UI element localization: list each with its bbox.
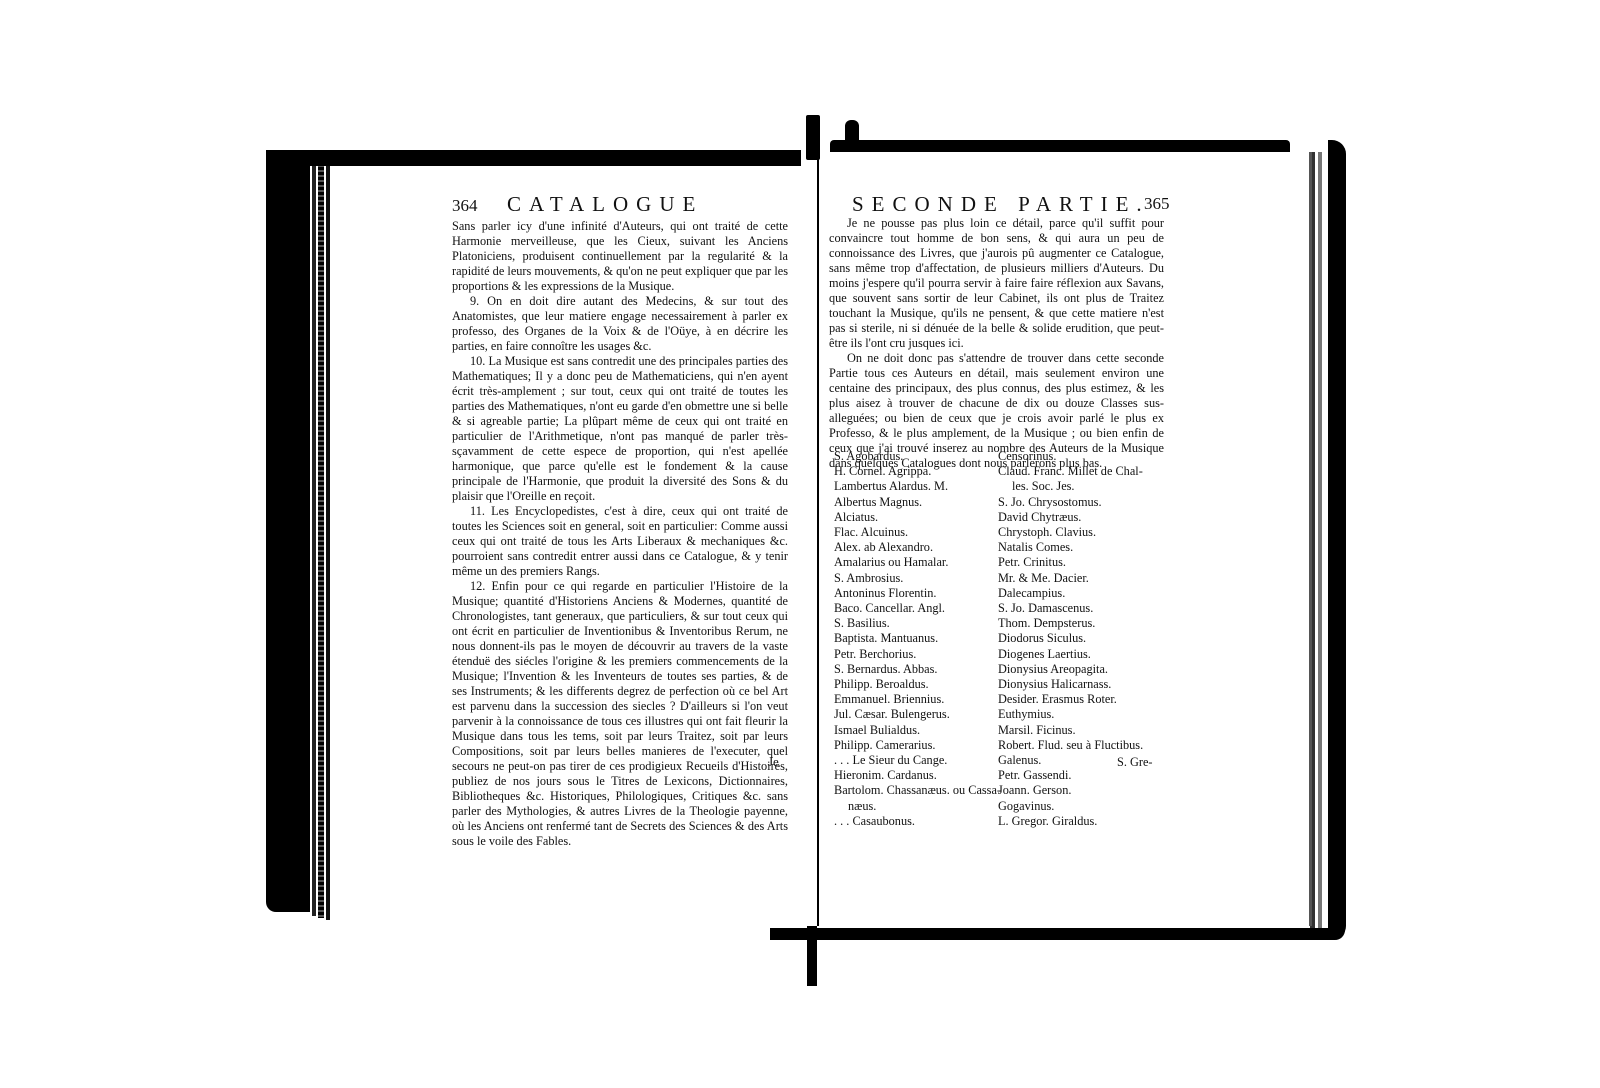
- author-entry: Petr. Berchorius.: [834, 647, 1001, 662]
- author-entry: Joann. Gerson.: [998, 783, 1143, 798]
- author-entry: S. Ambrosius.: [834, 571, 1001, 586]
- author-entry: Amalarius ou Hamalar.: [834, 555, 1001, 570]
- author-entry: Censorinus.: [998, 449, 1143, 464]
- left-top-border: [266, 150, 801, 166]
- author-list-column-2: Censorinus. Claud. Franc. Millet de Chal…: [998, 449, 1143, 829]
- author-entry: Emmanuel. Briennius.: [834, 692, 1001, 707]
- author-entry: Lambertus Alardus. M.: [834, 479, 1001, 494]
- author-entry: S. Basilius.: [834, 616, 1001, 631]
- paragraph: 9. On en doit dire autant des Medecins, …: [452, 294, 788, 354]
- spine-bottom: [807, 926, 817, 986]
- paragraph: Je ne pousse pas plus loin ce détail, pa…: [829, 216, 1164, 351]
- author-entry-continuation: næus.: [834, 799, 1001, 814]
- author-entry: Baco. Cancellar. Angl.: [834, 601, 1001, 616]
- author-entry: S. Jo. Damascenus.: [998, 601, 1143, 616]
- author-entry: Dionysius Halicarnass.: [998, 677, 1143, 692]
- author-entry: Jul. Cæsar. Bulengerus.: [834, 707, 1001, 722]
- catchword-left: Je: [768, 754, 779, 770]
- paragraph: 10. La Musique est sans contredit une de…: [452, 354, 788, 504]
- paragraph: Sans parler icy d'une infinité d'Auteurs…: [452, 219, 788, 294]
- left-book-cover: [266, 150, 310, 912]
- author-entry: . . . Le Sieur du Cange.: [834, 753, 1001, 768]
- author-entry: Gogavinus.: [998, 799, 1143, 814]
- left-page-body: Sans parler icy d'une infinité d'Auteurs…: [452, 219, 788, 849]
- author-entry: S. Bernardus. Abbas.: [834, 662, 1001, 677]
- author-entry: Claud. Franc. Millet de Chal-: [998, 464, 1143, 479]
- author-list-column-1: S. Agobardus. H. Cornel. Agrippa. Lamber…: [834, 449, 1001, 829]
- right-page: SECONDE PARTIE. 365 Je ne pousse pas plu…: [822, 152, 1312, 926]
- author-entry: Albertus Magnus.: [834, 495, 1001, 510]
- left-page-edges: [312, 152, 316, 916]
- author-entry: L. Gregor. Giraldus.: [998, 814, 1143, 829]
- spine-gutter: [817, 158, 819, 926]
- author-entry: Dionysius Areopagita.: [998, 662, 1143, 677]
- author-entry: Philipp. Beroaldus.: [834, 677, 1001, 692]
- running-head-right: SECONDE PARTIE.: [852, 192, 1150, 217]
- author-entry: David Chytræus.: [998, 510, 1143, 525]
- bottom-border: [770, 928, 1345, 940]
- running-head-left: CATALOGUE: [507, 192, 703, 217]
- author-entry: Bartolom. Chassanæus. ou Cassa-: [834, 783, 1001, 798]
- right-book-cover: [1328, 140, 1346, 940]
- author-entry: Flac. Alcuinus.: [834, 525, 1001, 540]
- author-entry: S. Agobardus.: [834, 449, 1001, 464]
- author-entry: Philipp. Camerarius.: [834, 738, 1001, 753]
- author-entry: Alex. ab Alexandro.: [834, 540, 1001, 555]
- author-entry: Diodorus Siculus.: [998, 631, 1143, 646]
- author-entry: Baptista. Mantuanus.: [834, 631, 1001, 646]
- author-entry: Dalecampius.: [998, 586, 1143, 601]
- author-entry: Robert. Flud. seu à Fluctibus.: [998, 738, 1143, 753]
- author-entry-continuation: les. Soc. Jes.: [998, 479, 1143, 494]
- author-entry: Petr. Crinitus.: [998, 555, 1143, 570]
- page-number-left: 364: [452, 196, 478, 216]
- author-entry: Antoninus Florentin.: [834, 586, 1001, 601]
- author-entry: Euthymius.: [998, 707, 1143, 722]
- left-page: 364 CATALOGUE Sans parler icy d'une infi…: [332, 166, 798, 924]
- right-page-edges: [1318, 152, 1322, 936]
- paragraph: 11. Les Encyclopedistes, c'est à dire, c…: [452, 504, 788, 579]
- author-entry: Chrystoph. Clavius.: [998, 525, 1143, 540]
- spine-top: [806, 115, 820, 160]
- paragraph: 12. Enfin pour ce qui regarde en particu…: [452, 579, 788, 849]
- left-page-edges: [318, 152, 324, 918]
- author-entry: Natalis Comes.: [998, 540, 1143, 555]
- author-entry: Marsil. Ficinus.: [998, 723, 1143, 738]
- author-entry: Diogenes Laertius.: [998, 647, 1143, 662]
- author-entry: Desider. Erasmus Roter.: [998, 692, 1143, 707]
- author-entry: S. Jo. Chrysostomus.: [998, 495, 1143, 510]
- author-entry: . . . Casaubonus.: [834, 814, 1001, 829]
- catchword-right: S. Gre-: [1117, 755, 1153, 770]
- page-number-right: 365: [1144, 194, 1170, 214]
- author-entry: Ismael Bulialdus.: [834, 723, 1001, 738]
- author-entry: Petr. Gassendi.: [998, 768, 1143, 783]
- right-page-body: Je ne pousse pas plus loin ce détail, pa…: [829, 216, 1164, 471]
- author-entry: H. Cornel. Agrippa.: [834, 464, 1001, 479]
- left-page-edges: [326, 154, 330, 920]
- author-entry: Thom. Dempsterus.: [998, 616, 1143, 631]
- author-entry: Hieronim. Cardanus.: [834, 768, 1001, 783]
- author-entry: Mr. & Me. Dacier.: [998, 571, 1143, 586]
- author-entry: Alciatus.: [834, 510, 1001, 525]
